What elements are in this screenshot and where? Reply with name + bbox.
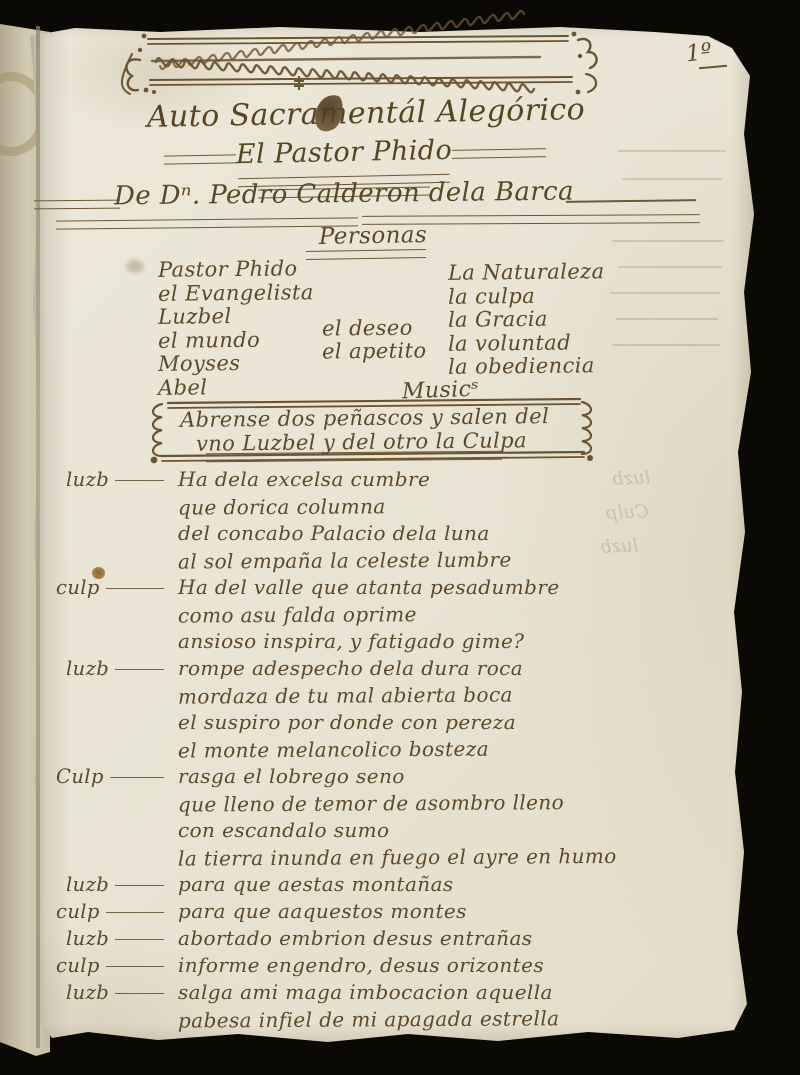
ink-blot-speaker bbox=[92, 567, 105, 579]
persona-name: el deseo bbox=[322, 316, 427, 340]
speaker-dash bbox=[106, 588, 164, 601]
manuscript-scan: 1º Auto Sacramentál Alegórico El Pastor … bbox=[0, 0, 800, 1075]
speaker-dash bbox=[115, 993, 164, 1006]
cross-invocation-mark bbox=[292, 76, 306, 90]
speaker-dash bbox=[115, 669, 164, 682]
verse-line: con escandalo sumo bbox=[178, 817, 696, 844]
persona-name: la Gracia bbox=[448, 307, 605, 332]
flourish-band bbox=[116, 30, 608, 96]
verse-lines: rasga el lobrego senoque lleno de temor … bbox=[178, 763, 696, 871]
speaker-column: culp bbox=[48, 574, 178, 601]
verse-lines: para que aaquestos montes bbox=[178, 898, 696, 925]
music-label: Musicˢ bbox=[402, 377, 480, 405]
persona-name: el mundo bbox=[158, 328, 314, 353]
persona-name: Abel bbox=[158, 375, 314, 400]
verse-line: rasga el lobrego seno bbox=[178, 763, 696, 790]
verse-line: al sol empaña la celeste lumbre bbox=[178, 545, 696, 575]
verse-lines: para que aestas montañas bbox=[178, 871, 696, 898]
verse-line: que lleno de temor de asombro lleno bbox=[178, 788, 696, 818]
speech-group: luzb salga ami maga imbocacion aquellapa… bbox=[48, 979, 696, 1033]
bleed-through-dash bbox=[616, 318, 718, 320]
verse-line: para que aaquestos montes bbox=[178, 898, 696, 925]
verse-line: Ha del valle que atanta pesadumbre bbox=[178, 574, 696, 601]
verse-lines: informe engendro, desus orizontes bbox=[178, 952, 696, 979]
speech-group: luzb Ha dela excelsa cumbreque dorica co… bbox=[48, 466, 696, 574]
verse-line: salga ami maga imbocacion aquella bbox=[178, 979, 696, 1006]
speaker-dash bbox=[115, 480, 164, 493]
verse-line: pabesa infiel de mi apagada estrella bbox=[178, 1004, 696, 1034]
page-number: 1º bbox=[685, 39, 714, 68]
speech-group: Culp rasga el lobrego senoque lleno de t… bbox=[48, 763, 696, 871]
speaker-column: luzb bbox=[48, 466, 178, 493]
personas-heading: Personas bbox=[298, 222, 448, 251]
speaker-column: culp bbox=[48, 952, 178, 979]
speech-group: luzb rompe adespecho dela dura rocamorda… bbox=[48, 655, 696, 763]
margin-smudge bbox=[126, 260, 144, 273]
bleed-through-dash bbox=[612, 344, 720, 346]
speaker-label: luzb bbox=[66, 871, 109, 898]
verse-line: Ha dela excelsa cumbre bbox=[178, 466, 696, 493]
play-title: El Pastor Phido bbox=[188, 134, 501, 172]
speaker-dash bbox=[115, 939, 164, 952]
verse-line: del concabo Palacio dela luna bbox=[178, 520, 696, 547]
verse-lines: salga ami maga imbocacion aquellapabesa … bbox=[178, 979, 696, 1033]
speaker-dash bbox=[115, 885, 164, 898]
bleed-through-dash bbox=[612, 240, 724, 242]
gutter-crease-line bbox=[36, 26, 40, 1048]
personas-column-left: Pastor Phidoel EvangelistaLuzbelel mundo… bbox=[158, 258, 314, 399]
speaker-column: luzb bbox=[48, 871, 178, 898]
verse-line: abortado embrion desus entrañas bbox=[178, 925, 696, 952]
personas-column-right: La Naturalezala culpala Graciala volunta… bbox=[448, 261, 605, 379]
speaker-label: luzb bbox=[66, 925, 109, 952]
speaker-label: luzb bbox=[66, 655, 109, 682]
speaker-label: culp bbox=[56, 574, 100, 601]
speaker-label: Culp bbox=[56, 763, 104, 790]
speaker-dash bbox=[110, 777, 164, 790]
personas-column-middle: el deseoel apetito bbox=[322, 317, 426, 363]
speaker-column: luzb bbox=[48, 655, 178, 682]
speaker-dash bbox=[106, 966, 164, 979]
speaker-column: luzb bbox=[48, 925, 178, 952]
speaker-label: luzb bbox=[66, 466, 109, 493]
speaker-label: culp bbox=[56, 898, 100, 925]
speaker-dash bbox=[106, 912, 164, 925]
verse-line: que dorica columna bbox=[178, 491, 696, 521]
speaker-column: Culp bbox=[48, 763, 178, 790]
verse-lines: Ha del valle que atanta pesadumbrecomo a… bbox=[178, 574, 696, 655]
speech-group: culp Ha del valle que atanta pesadumbrec… bbox=[48, 574, 696, 655]
speech-group: culp para que aaquestos montes bbox=[48, 898, 696, 925]
persona-name: la voluntad bbox=[448, 331, 605, 356]
speech-group: culp informe engendro, desus orizontes bbox=[48, 952, 696, 979]
persona-name: La Naturaleza bbox=[448, 260, 605, 285]
verse-line: rompe adespecho dela dura roca bbox=[178, 655, 696, 682]
bleed-through-dash bbox=[618, 150, 726, 152]
verse-line: como asu falda oprime bbox=[178, 599, 696, 629]
verse-lines: rompe adespecho dela dura rocamordaza de… bbox=[178, 655, 696, 763]
speaker-column: culp bbox=[48, 898, 178, 925]
stage-direction-line-2: vno Luzbel y del otro la Culpa bbox=[196, 428, 527, 455]
speech-group: luzb abortado embrion desus entrañas bbox=[48, 925, 696, 952]
speech-group: luzb para que aestas montañas bbox=[48, 871, 696, 898]
verse-lines: abortado embrion desus entrañas bbox=[178, 925, 696, 952]
speaker-label: luzb bbox=[66, 979, 109, 1006]
bleed-through-dash bbox=[618, 266, 722, 268]
verse-line: informe engendro, desus orizontes bbox=[178, 952, 696, 979]
speaker-label: culp bbox=[56, 952, 100, 979]
verse-line: el suspiro por donde con pereza bbox=[178, 709, 696, 736]
bleed-through-dash bbox=[622, 178, 722, 180]
author-line: De Dⁿ. Pedro Calderon dela Barca bbox=[108, 177, 580, 212]
verse-line: la tierra inunda en fuego el ayre en hum… bbox=[178, 842, 696, 872]
verse-line: mordaza de tu mal abierta boca bbox=[178, 680, 696, 710]
verse-line: para que aestas montañas bbox=[178, 871, 696, 898]
persona-name: Moyses bbox=[158, 351, 314, 376]
persona-name: Pastor Phido bbox=[158, 257, 314, 282]
speaker-column: luzb bbox=[48, 979, 178, 1006]
verse-lines: Ha dela excelsa cumbreque dorica columna… bbox=[178, 466, 696, 574]
dialogue-block: luzb Ha dela excelsa cumbreque dorica co… bbox=[48, 466, 696, 1033]
persona-name: el apetito bbox=[322, 339, 427, 363]
verse-line: el monte melancolico bosteza bbox=[178, 734, 696, 764]
bleed-through-dash bbox=[610, 292, 720, 294]
persona-name: el Evangelista bbox=[158, 281, 314, 306]
persona-name: la culpa bbox=[448, 284, 605, 309]
verse-line: ansioso inspira, y fatigado gime? bbox=[178, 628, 696, 655]
persona-name: la obediencia bbox=[448, 354, 605, 379]
persona-name: Luzbel bbox=[158, 304, 314, 329]
